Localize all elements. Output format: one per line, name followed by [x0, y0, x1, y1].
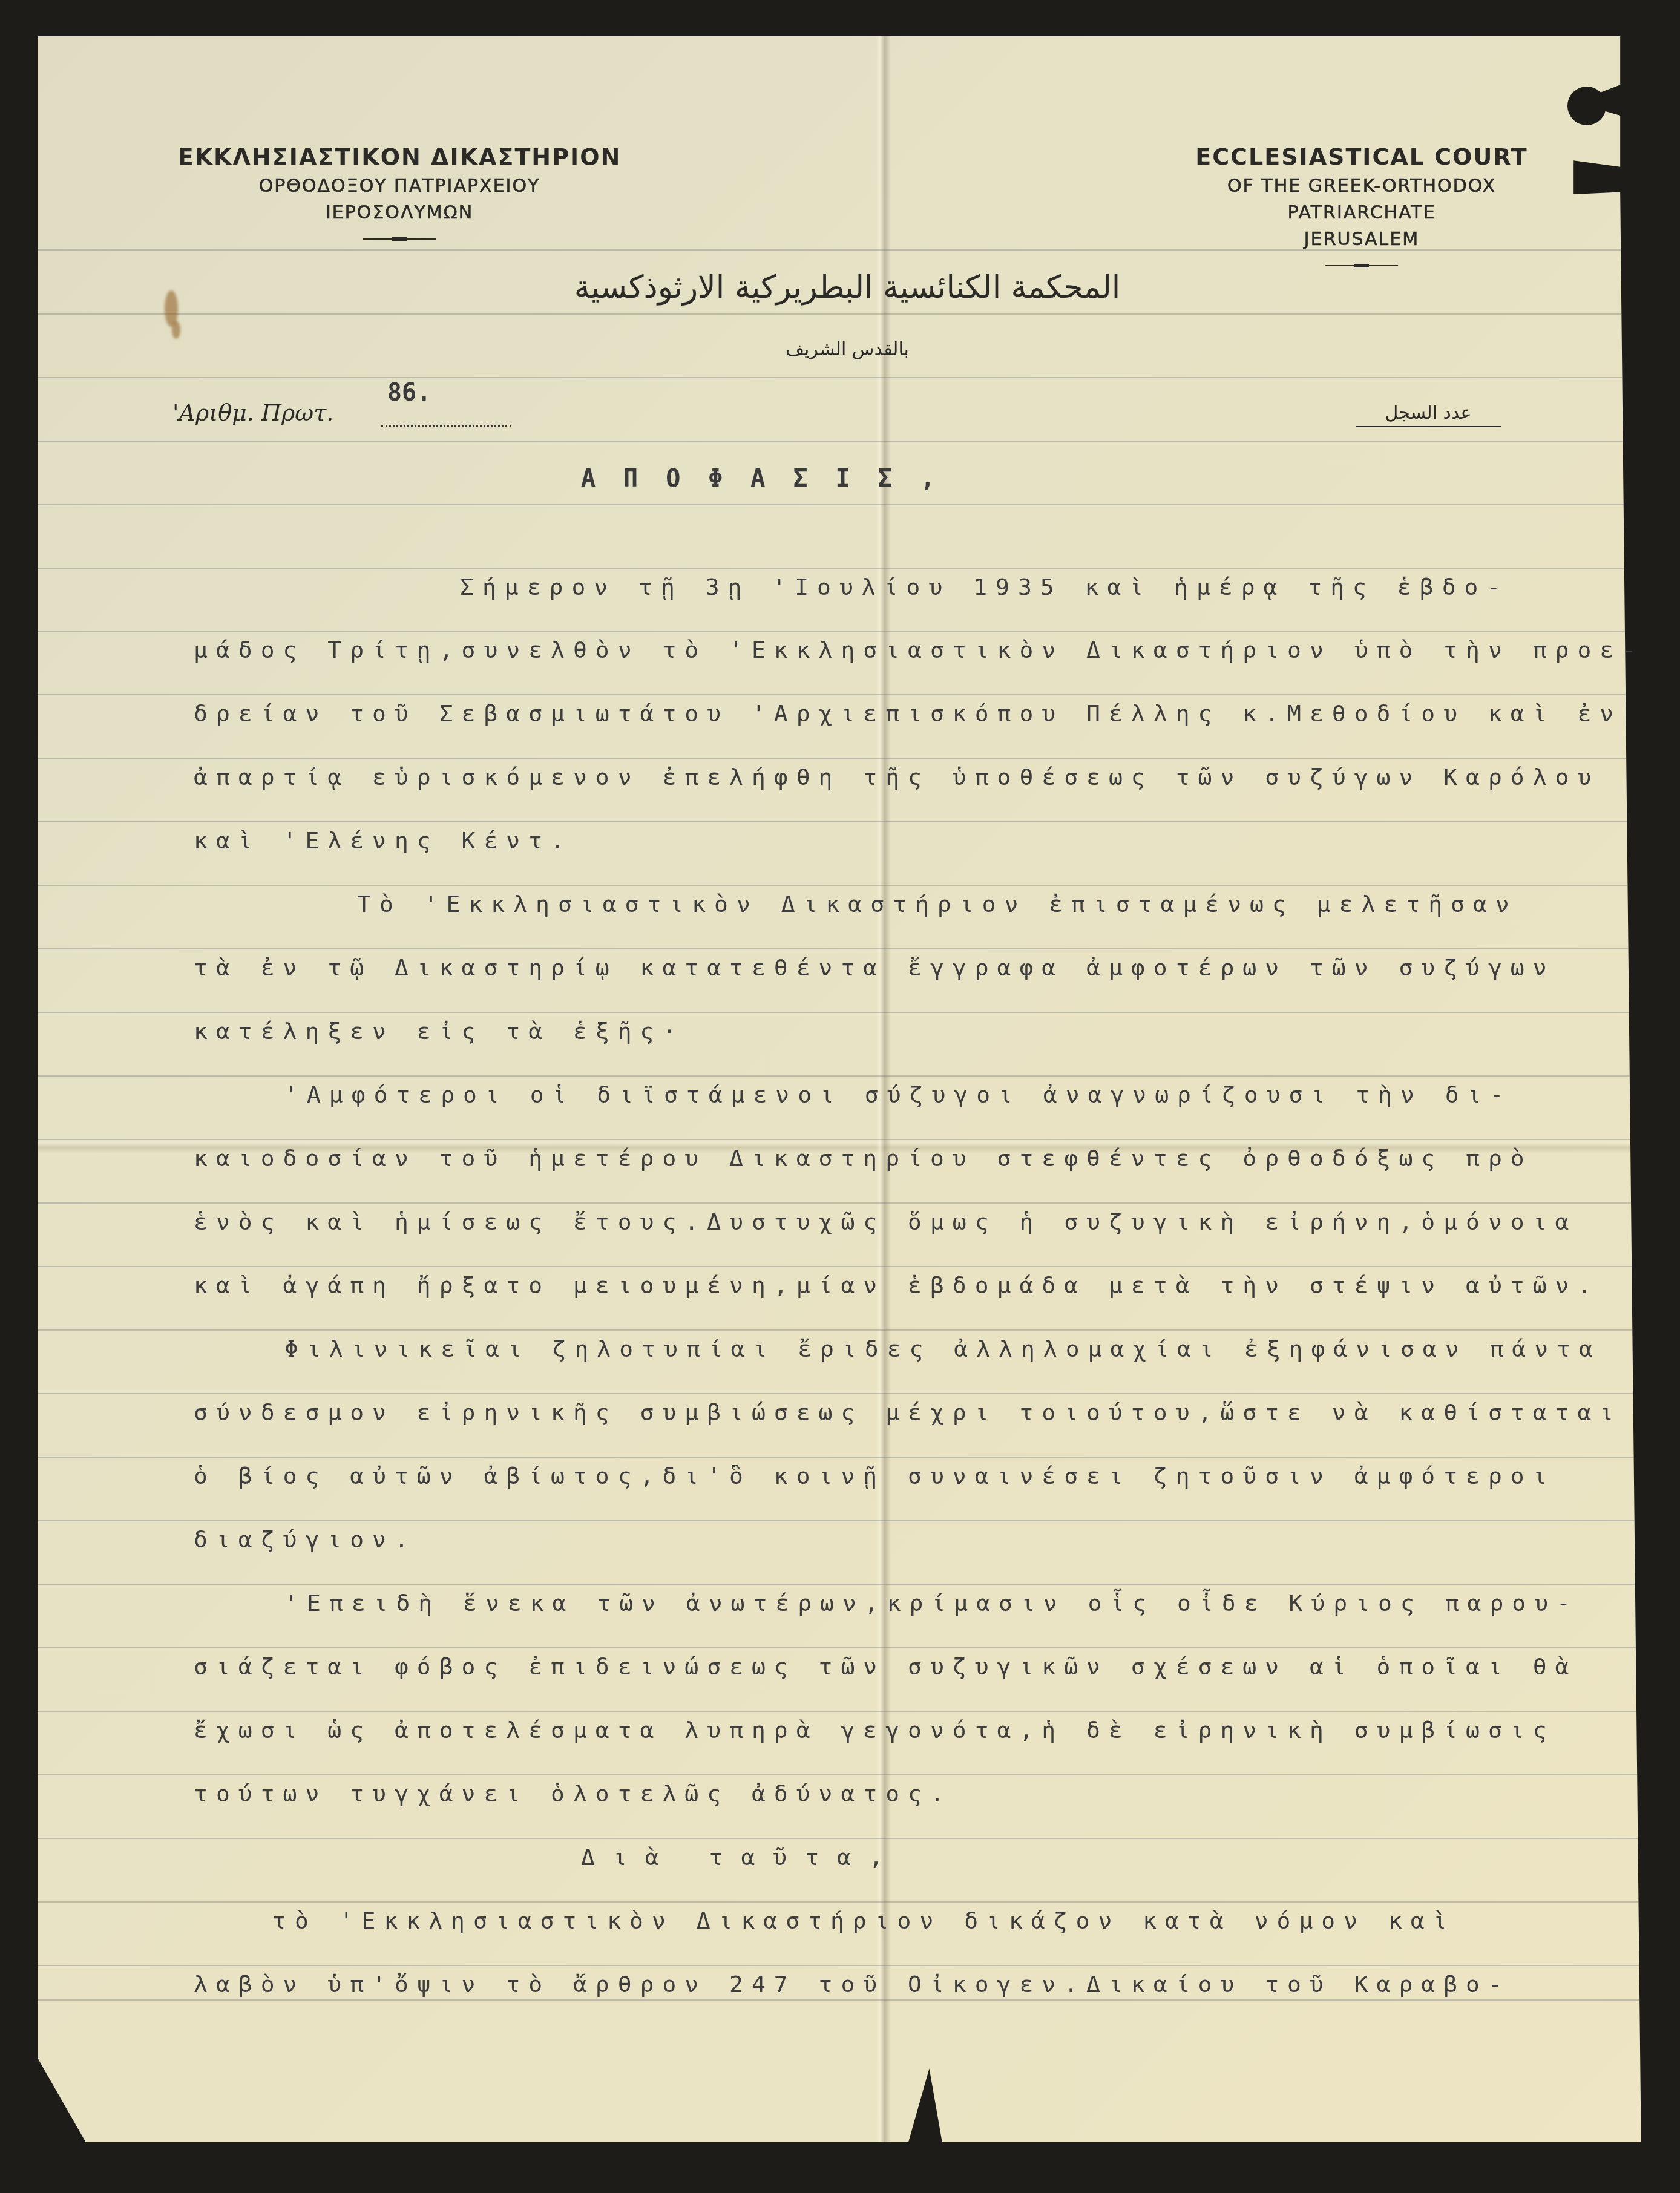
- ruled-line: [38, 694, 1644, 695]
- ruled-line: [38, 1329, 1644, 1331]
- letterhead-greek: ΕΚΚΛΗΣΙΑΣΤΙΚΟΝ ΔΙΚΑΣΤΗΡΙΟΝ ΟΡΘΟΔΟΞΟΥ ΠΑΤ…: [121, 140, 678, 241]
- ruled-line: [38, 1202, 1644, 1204]
- ruled-line: [38, 1999, 1644, 2001]
- body-line: Σήμερον τῇ 3ῃ 'Ιουλίου 1935 καὶ ἡμέρᾳ τῆ…: [460, 574, 1509, 600]
- ruled-line: [38, 568, 1644, 569]
- letterhead-arabic-subtitle: بالقدس الشريف: [666, 339, 1029, 360]
- letterhead-greek-line1: ΕΚΚΛΗΣΙΑΣΤΙΚΟΝ ΔΙΚΑΣΤΗΡΙΟΝ: [121, 140, 678, 173]
- ornament-divider-icon: [381, 237, 418, 241]
- letterhead-english-line2: OF THE GREEK-ORTHODOX PATRIARCHATE: [1150, 173, 1573, 226]
- ruled-line: [38, 821, 1644, 822]
- body-line: κατέληξεν εἰς τὰ ἑξῆς·: [194, 1018, 684, 1044]
- body-line: καὶ ἀγάπη ἤρξατο μειουμένη,μίαν ἑβδομάδα…: [194, 1272, 1600, 1299]
- body-line: σιάζεται φόβος ἐπιδεινώσεως τῶν συζυγικῶ…: [194, 1653, 1577, 1680]
- letterhead-arabic-title: المحكمة الكنائسية البطريركية الارثوذكسية: [545, 269, 1150, 306]
- body-line: λαβὸν ὑπ'ὄψιν τὸ ἄρθρον 247 τοῦ Οἰκογεν.…: [194, 1971, 1511, 1998]
- body-line: τούτων τυγχάνει ὁλοτελῶς ἀδύνατος.: [194, 1780, 953, 1807]
- ruled-line: [38, 1584, 1644, 1585]
- section-heading: Διὰ ταῦτα,: [581, 1844, 901, 1870]
- body-line: ἀπαρτίᾳ εὑρισκόμενον ἐπελήφθη τῆς ὑποθέσ…: [194, 764, 1600, 790]
- body-line: ὁ βίος αὐτῶν ἀβίωτος,δι'ὃ κοινῇ συναινέσ…: [194, 1463, 1555, 1489]
- ornament-divider-icon: [1344, 264, 1380, 267]
- letterhead-greek-line3: ΙΕΡΟΣΟΛΥΜΩΝ: [121, 200, 678, 226]
- ruled-line: [38, 948, 1644, 949]
- ruled-line: [38, 1012, 1644, 1013]
- document-title: ΑΠΟΦΑΣΙΣ,: [581, 465, 963, 493]
- letterhead-english-line1: ECCLESIASTICAL COURT: [1150, 140, 1573, 173]
- ruled-line: [38, 1139, 1644, 1140]
- ruled-line: [38, 441, 1644, 442]
- body-line: Τὸ 'Εκκλησιαστικὸν Δικαστήριον ἐπισταμέν…: [357, 891, 1518, 917]
- ruled-line: [38, 1901, 1644, 1903]
- ruled-line: [38, 1075, 1644, 1077]
- body-line: 'Αμφότεροι οἱ διϊστάμενοι σύζυγοι ἀναγνω…: [284, 1081, 1512, 1108]
- ruled-line: [38, 758, 1644, 759]
- ruled-line: [38, 1266, 1644, 1267]
- ruled-line: [38, 1647, 1644, 1648]
- letterhead-english-line3: JERUSALEM: [1150, 226, 1573, 253]
- protocol-dotted-line: [381, 425, 511, 427]
- ruled-line: [38, 1457, 1644, 1458]
- body-line: μάδος Τρίτῃ,συνελθὸν τὸ 'Εκκλησιαστικὸν …: [194, 637, 1644, 663]
- letterhead-greek-line2: ΟΡΘΟΔΟΞΟΥ ΠΑΤΡΙΑΡΧΕΙΟΥ: [121, 173, 678, 200]
- ruled-line: [38, 1965, 1644, 1966]
- protocol-label: 'Αριθμ. Πρωτ.: [172, 399, 333, 426]
- ruled-line: [38, 631, 1644, 632]
- register-number-label: عدد السجل: [1356, 402, 1501, 427]
- protocol-number: 86.: [387, 379, 431, 407]
- body-line: διαζύγιον.: [194, 1526, 417, 1553]
- ruled-line: [38, 377, 1644, 378]
- ruled-line: [38, 1520, 1644, 1521]
- ruled-line: [38, 1838, 1644, 1839]
- ruled-line: [38, 504, 1644, 505]
- body-line: ἑνὸς καὶ ἡμίσεως ἔτους.Δυστυχῶς ὅμως ἡ σ…: [194, 1208, 1577, 1235]
- body-line: σύνδεσμον εἰρηνικῆς συμβιώσεως μέχρι τοι…: [194, 1399, 1622, 1426]
- stain: [172, 321, 180, 339]
- body-line: τὰ ἐν τῷ Δικαστηρίῳ κατατεθέντα ἔγγραφα …: [194, 954, 1555, 981]
- body-line: ἔχωσι ὡς ἀποτελέσματα λυπηρὰ γεγονότα,ἡ …: [194, 1717, 1555, 1743]
- ruled-line: [38, 885, 1644, 886]
- ruled-line: [38, 1711, 1644, 1712]
- body-line: καιοδοσίαν τοῦ ἡμετέρου Δικαστηρίου στεφ…: [194, 1145, 1533, 1172]
- body-line: δρείαν τοῦ Σεβασμιωτάτου 'Αρχιεπισκόπου …: [194, 700, 1622, 727]
- body-line: Φιλινικεῖαι ζηλοτυπίαι ἔριδες ἀλληλομαχί…: [284, 1336, 1601, 1362]
- body-line: 'Επειδὴ ἕνεκα τῶν ἀνωτέρων,κρίμασιν οἷς …: [284, 1590, 1579, 1616]
- body-line: τὸ 'Εκκλησιαστικὸν Δικαστήριον δικάζον κ…: [272, 1907, 1455, 1934]
- ruled-line: [38, 1774, 1644, 1775]
- ruled-line: [38, 1393, 1644, 1394]
- ruled-line: [38, 313, 1644, 315]
- body-line: καὶ 'Ελένης Κέντ.: [194, 827, 573, 854]
- letterhead-english: ECCLESIASTICAL COURT OF THE GREEK-ORTHOD…: [1150, 140, 1573, 267]
